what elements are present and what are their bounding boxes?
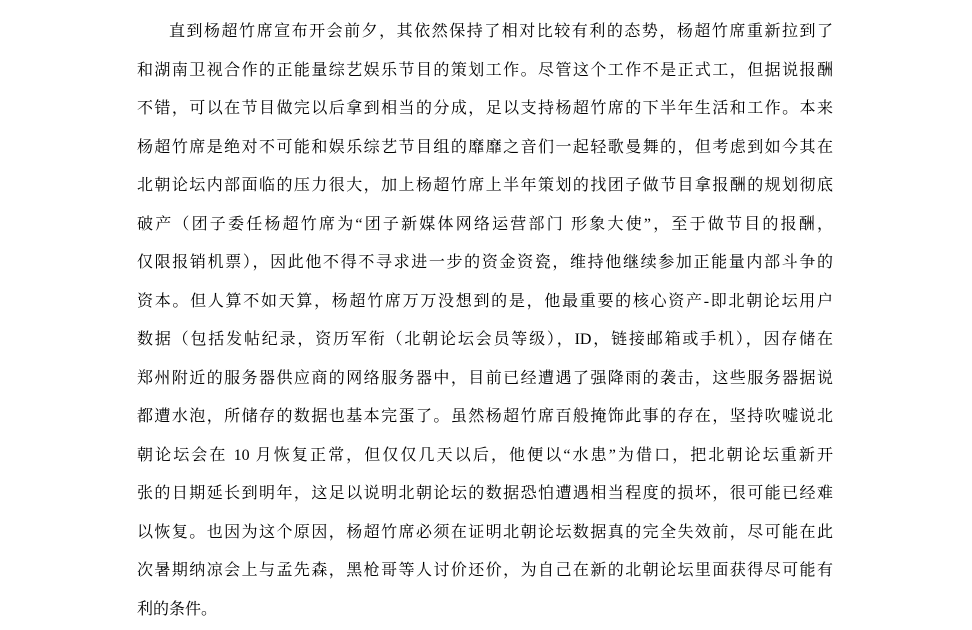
text-line: 北朝论坛内部面临的压力很大，加上杨超竹席上半年策划的找团子做节目拿报酬的规划彻底 bbox=[137, 167, 833, 206]
text-line: 郑州附近的服务器供应商的网络服务器中，目前已经遭遇了强降雨的袭击，这些服务器据说 bbox=[137, 360, 833, 399]
text-line: 次暑期纳凉会上与孟先森，黑枪哥等人讨价还价，为自己在新的北朝论坛里面获得尽可能有 bbox=[137, 552, 833, 591]
text-line: 资本。但人算不如天算，杨超竹席万万没想到的是，他最重要的核心资产-即北朝论坛用户 bbox=[137, 283, 833, 322]
text-line: 朝论坛会在 10 月恢复正常，但仅仅几天以后，他便以“水患”为借口，把北朝论坛重… bbox=[137, 437, 833, 476]
text-line: 数据（包括发帖纪录，资历军衔（北朝论坛会员等级），ID，链接邮箱或手机），因存储… bbox=[137, 321, 833, 360]
text-line: 仅限报销机票），因此他不得不寻求进一步的资金资瓷，维持他继续参加正能量内部斗争的 bbox=[137, 244, 833, 283]
text-line: 利的条件。 bbox=[137, 591, 833, 630]
document-page: 直到杨超竹席宣布开会前夕，其依然保持了相对比较有利的态势，杨超竹席重新拉到了 和… bbox=[0, 0, 972, 630]
text-line: 都遭水泡，所储存的数据也基本完蛋了。虽然杨超竹席百般掩饰此事的存在，坚持吹嘘说北 bbox=[137, 398, 833, 437]
text-line: 张的日期延长到明年，这足以说明北朝论坛的数据恐怕遭遇相当程度的损坏，很可能已经难 bbox=[137, 475, 833, 514]
text-line: 直到杨超竹席宣布开会前夕，其依然保持了相对比较有利的态势，杨超竹席重新拉到了 bbox=[137, 13, 833, 52]
text-line: 杨超竹席是绝对不可能和娱乐综艺节目组的靡靡之音们一起轻歌曼舞的，但考虑到如今其在 bbox=[137, 129, 833, 168]
text-line: 和湖南卫视合作的正能量综艺娱乐节目的策划工作。尽管这个工作不是正式工，但据说报酬 bbox=[137, 52, 833, 91]
text-line: 破产（团子委任杨超竹席为“团子新媒体网络运营部门 形象大使”，至于做节目的报酬， bbox=[137, 206, 833, 245]
text-line: 不错，可以在节目做完以后拿到相当的分成，足以支持杨超竹席的下半年生活和工作。本来 bbox=[137, 90, 833, 129]
text-line: 以恢复。也因为这个原因，杨超竹席必须在证明北朝论坛数据真的完全失效前，尽可能在此 bbox=[137, 514, 833, 553]
paragraph: 直到杨超竹席宣布开会前夕，其依然保持了相对比较有利的态势，杨超竹席重新拉到了 和… bbox=[137, 13, 833, 629]
